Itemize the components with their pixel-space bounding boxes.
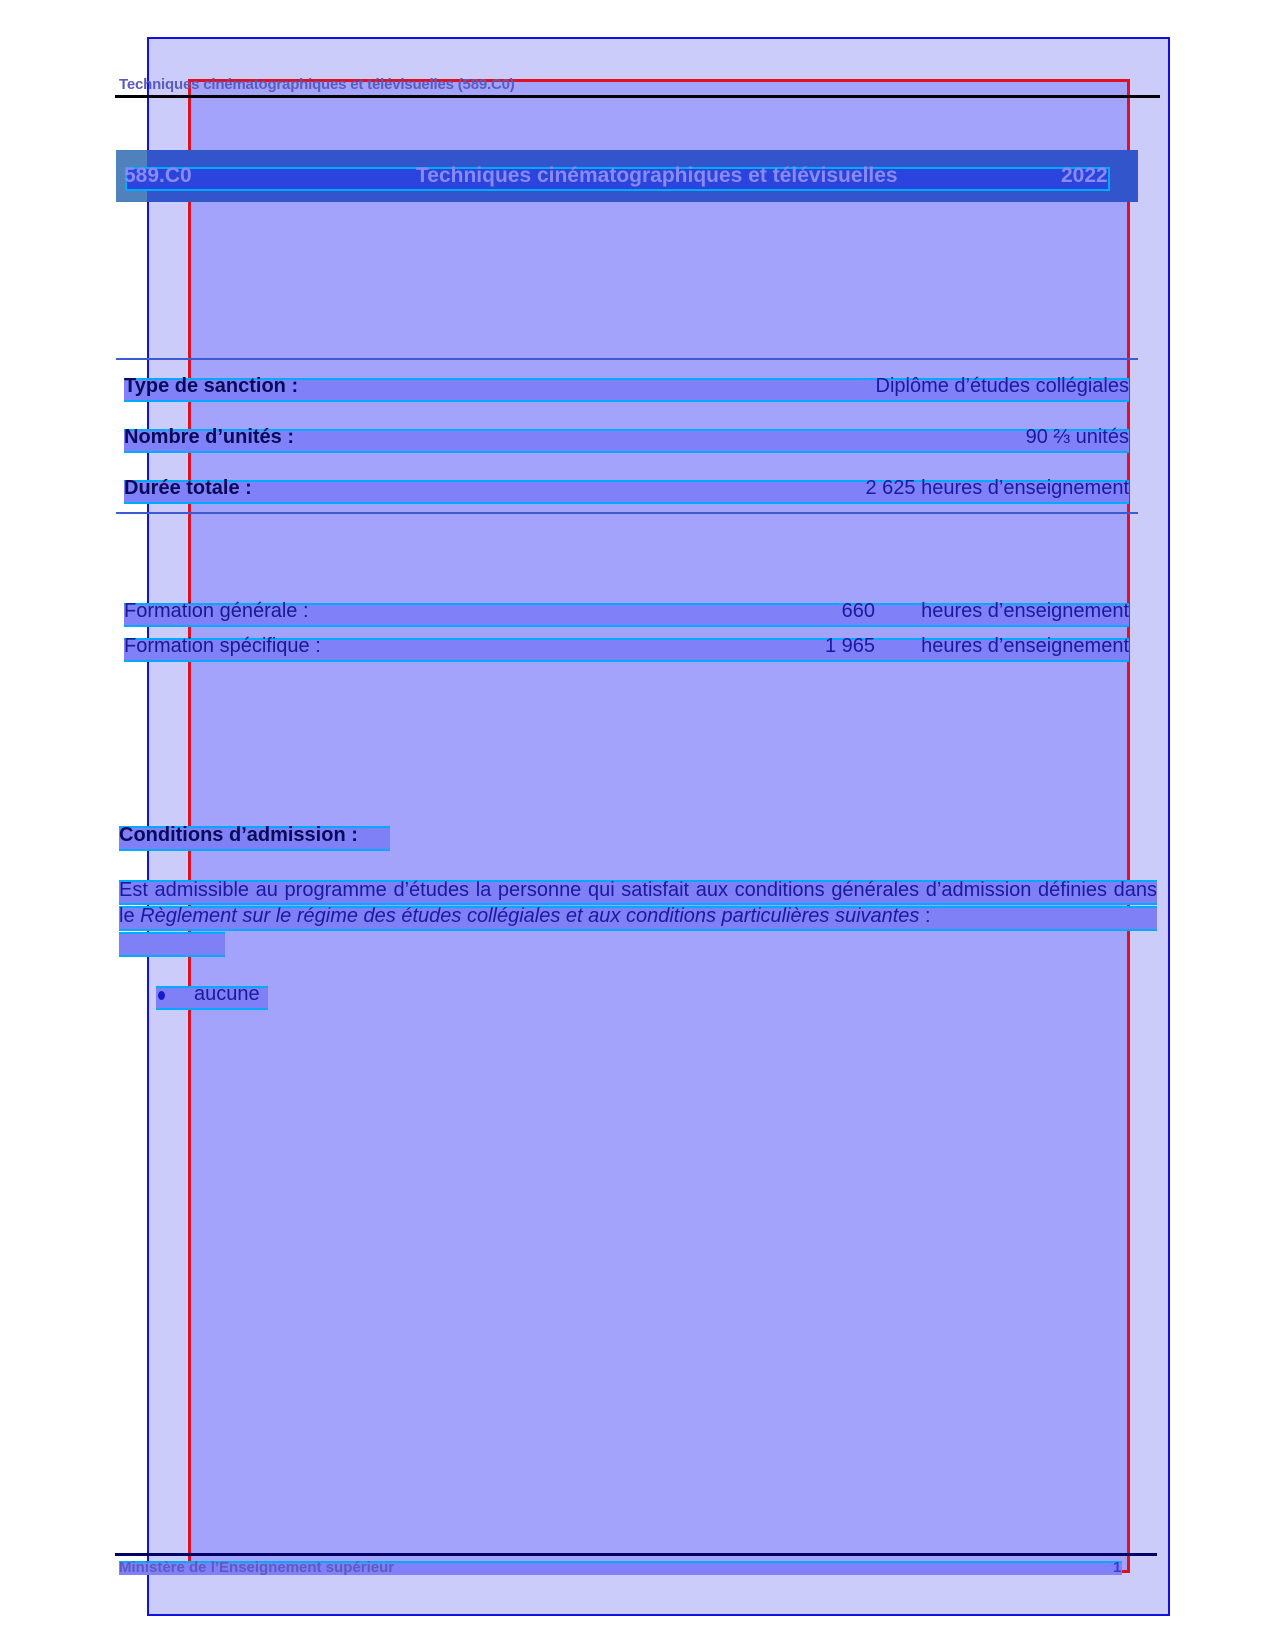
admission-condition-item: aucune xyxy=(194,983,260,1006)
program-code: 589.C0 xyxy=(124,164,192,188)
specific-training-unit: heures d’enseignement xyxy=(921,635,1129,658)
regulation-title: Règlement sur le régime des études collé… xyxy=(140,905,919,927)
bullet-icon xyxy=(158,991,165,1000)
duration-label: Durée totale : xyxy=(124,477,252,500)
program-year: 2022 xyxy=(1061,164,1108,188)
program-title: Techniques cinématographiques et télévis… xyxy=(416,164,898,188)
general-training-label: Formation générale : xyxy=(124,600,309,623)
duration-value: 2 625 heures d’enseignement xyxy=(865,477,1129,500)
units-value: 90 ⅔ unités xyxy=(1026,426,1129,449)
sanction-label: Type de sanction : xyxy=(124,375,298,398)
specific-training-label: Formation spécifique : xyxy=(124,635,321,658)
general-training-hours: 660 xyxy=(842,600,875,623)
page-number: 1 xyxy=(1113,1559,1121,1576)
summary-top-rule xyxy=(116,358,1138,360)
paragraph-end: : xyxy=(919,905,930,927)
paragraph-line-bg xyxy=(119,932,225,957)
sanction-value: Diplôme d’études collégiales xyxy=(876,375,1129,398)
summary-bottom-rule xyxy=(116,512,1138,514)
admission-paragraph: Est admissible au programme d’études la … xyxy=(119,877,1157,929)
general-training-unit: heures d’enseignement xyxy=(921,600,1129,623)
footer-ministry: Ministère de l’Enseignement supérieur xyxy=(119,1559,394,1576)
header-rule xyxy=(115,95,1160,98)
admission-title: Conditions d’admission : xyxy=(119,824,358,847)
running-header: Techniques cinématographiques et télévis… xyxy=(119,76,515,93)
footer-rule xyxy=(115,1553,1157,1556)
specific-training-hours: 1 965 xyxy=(825,635,875,658)
units-label: Nombre d’unités : xyxy=(124,426,294,449)
